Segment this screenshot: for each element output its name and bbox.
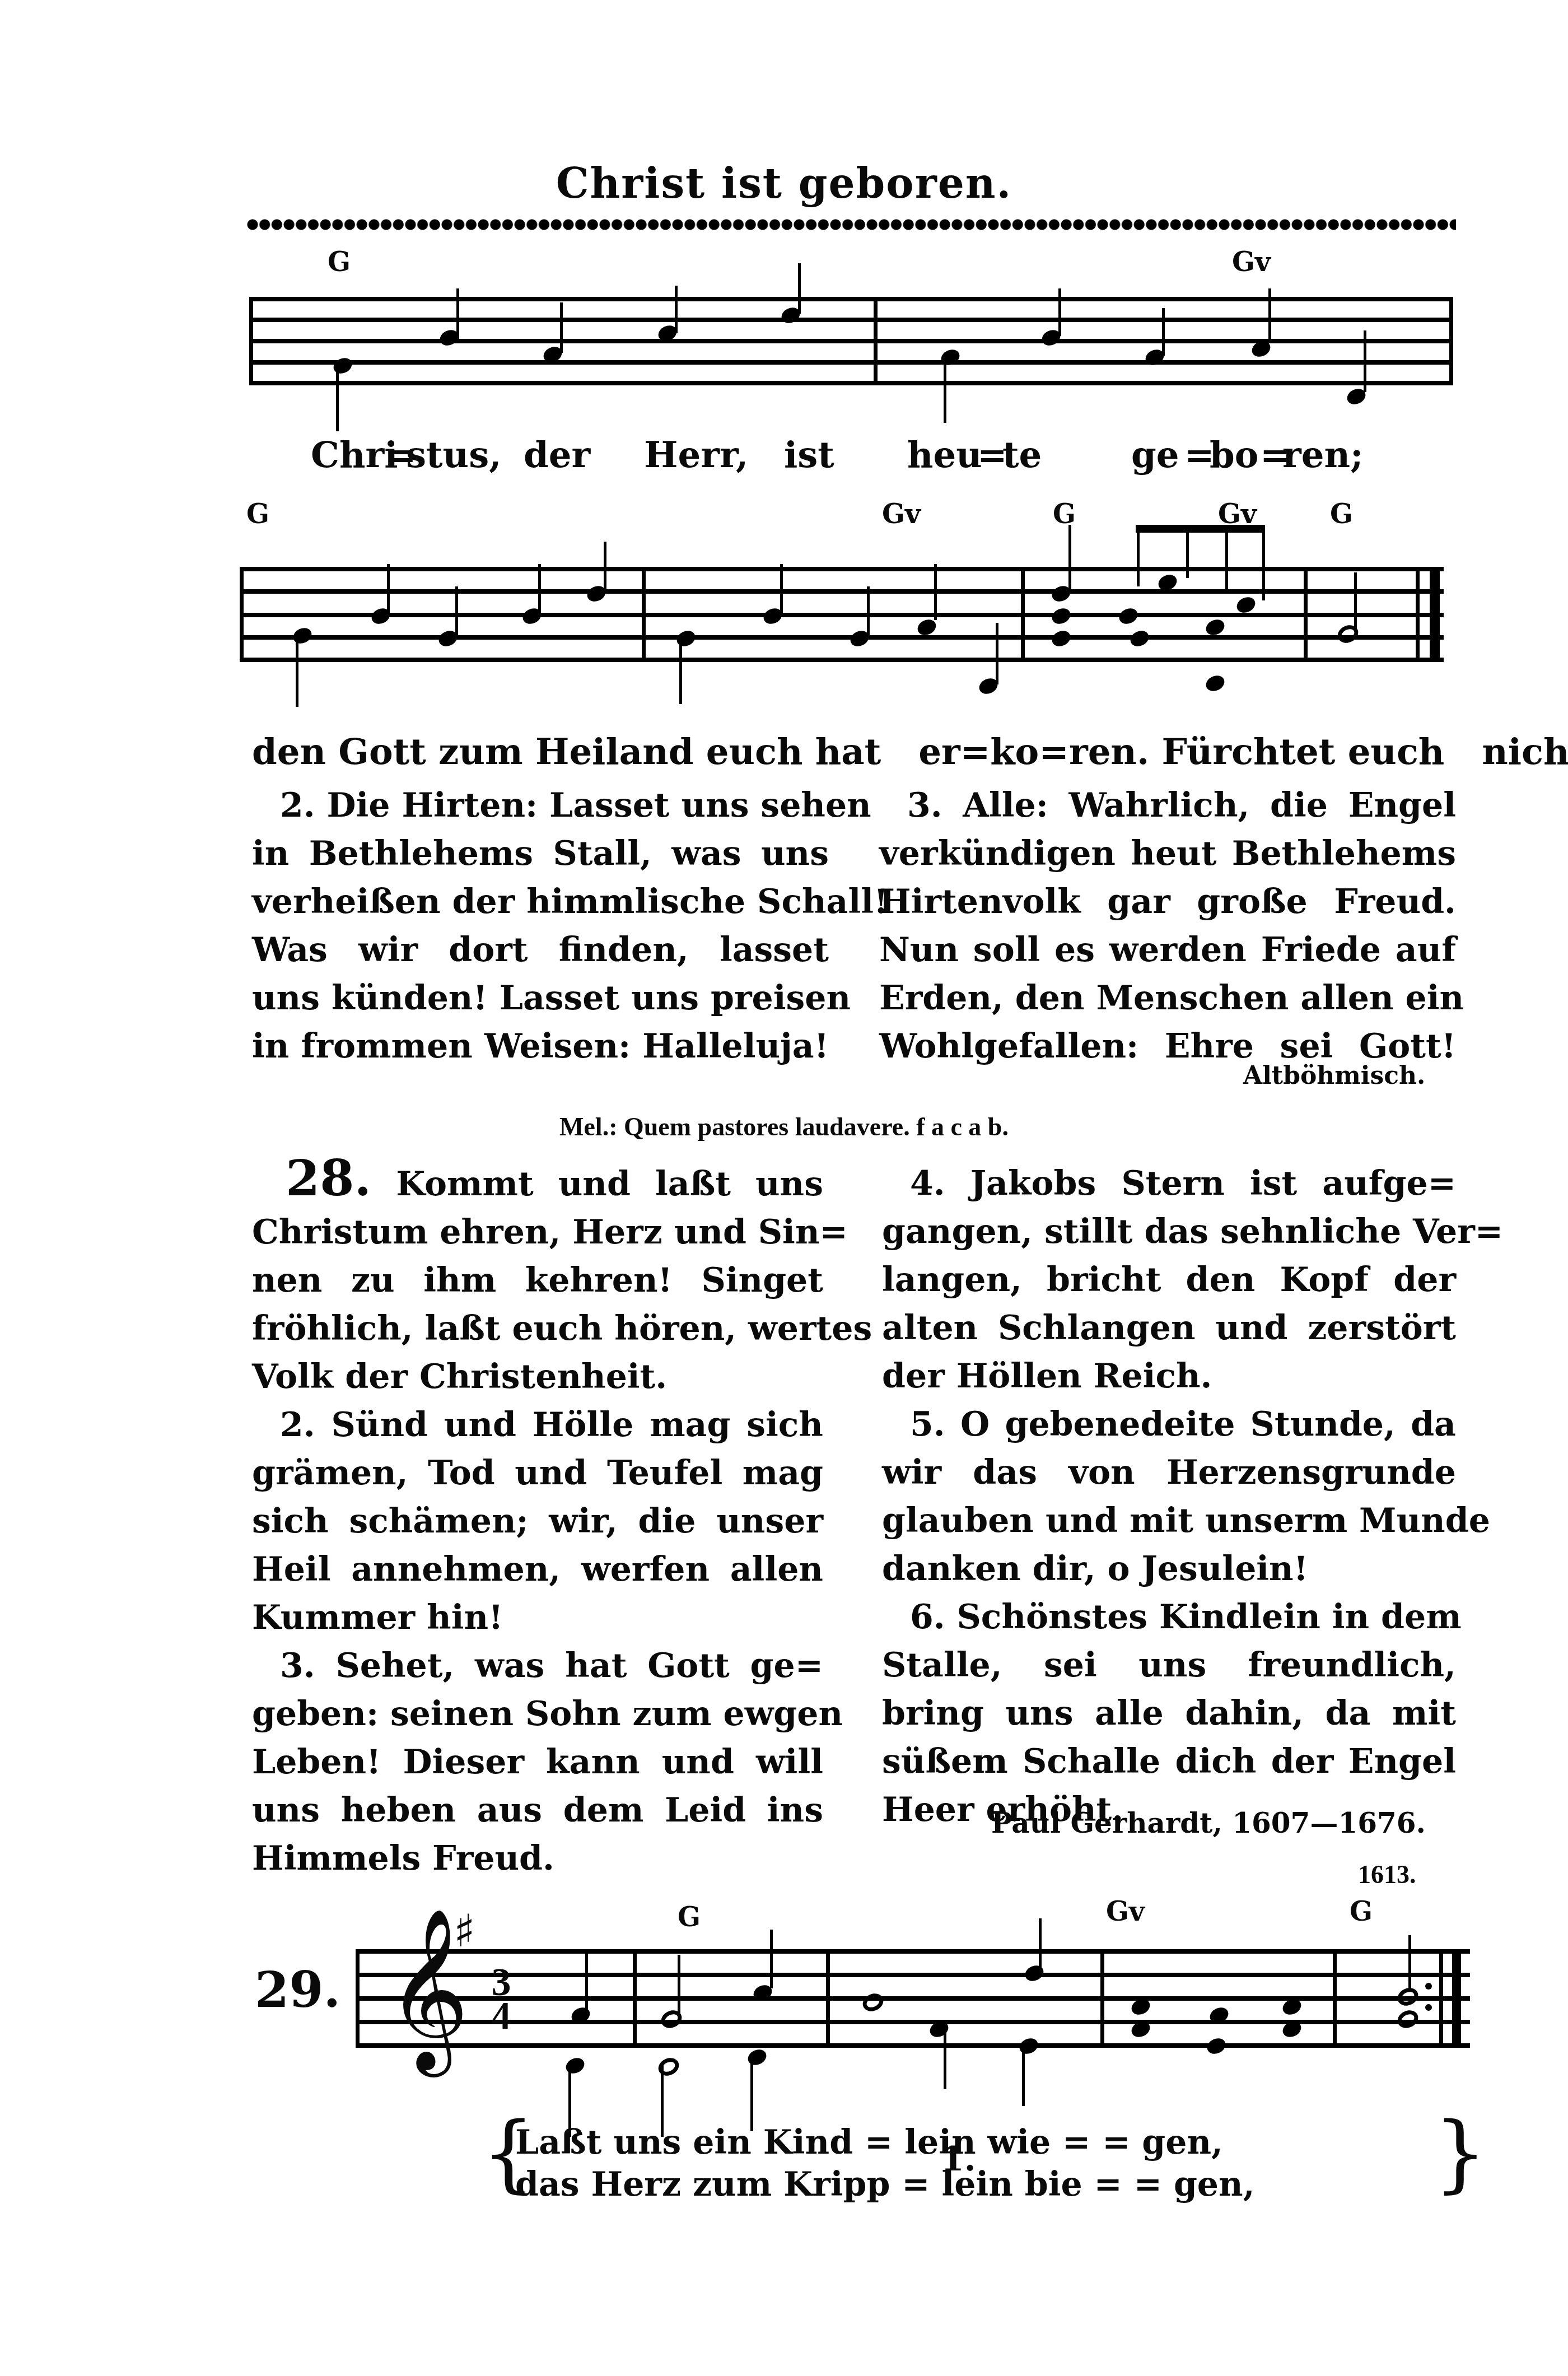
chord-label: Gv: [1232, 246, 1271, 278]
hymn-28-left-column: 28. Kommt und laßt uns Christum ehren, H…: [252, 1154, 823, 1883]
hymn-28-right-column: 4. Jakobs Stern ist aufge= gangen, still…: [882, 1159, 1456, 1834]
staff: [249, 297, 1453, 386]
right-brace-icon: }: [1434, 2112, 1487, 2196]
verse-2: 2. Die Hirten: Lasset uns sehen in Bethl…: [252, 781, 829, 1070]
lyrics-line-1: Laßt uns ein Kind = lein wie = = gen,: [515, 2123, 1223, 2162]
chord-label: G: [1330, 499, 1353, 530]
lyrics-row: den Gott zum Heiland euch hat er=ko=ren.…: [252, 731, 1568, 773]
chord-label: Gv: [1106, 1896, 1145, 1927]
staff: [240, 567, 1444, 662]
note-head: [939, 347, 962, 368]
key-signature-sharp-icon: ♯: [454, 1904, 475, 1957]
hymn-author: Paul Gerhardt, 1607—1676.: [991, 1806, 1426, 1839]
chord-label: G: [246, 499, 269, 530]
time-signature: 34: [487, 1966, 515, 2033]
hymn-year: 1613.: [1358, 1860, 1416, 1889]
hymn-attribution: Altböhmisch.: [1243, 1061, 1425, 1090]
lyrics-line-2: das Herz zum Kripp = lein bie = = gen,: [515, 2165, 1255, 2204]
hymn-number: 29.: [255, 1960, 340, 2019]
chord-label: G: [678, 1902, 701, 1933]
chord-label: Gv: [882, 499, 921, 530]
dotted-rule-divider: [246, 217, 1456, 232]
chord-label: G: [328, 246, 351, 278]
note-head: [331, 355, 354, 376]
verse-3: 3. Alle: Wahrlich, die Engel verkündigen…: [879, 781, 1456, 1070]
page-title: Christ ist geboren.: [0, 160, 1568, 208]
staff: 𝄞 34 ♯: [356, 1949, 1470, 2044]
hymn-number: 28.: [286, 1149, 371, 1207]
chord-label: G: [1053, 499, 1076, 530]
melody-reference: Mel.: Quem pastores laudavere. f a c a b…: [0, 1112, 1568, 1142]
chord-label: G: [1350, 1896, 1373, 1927]
